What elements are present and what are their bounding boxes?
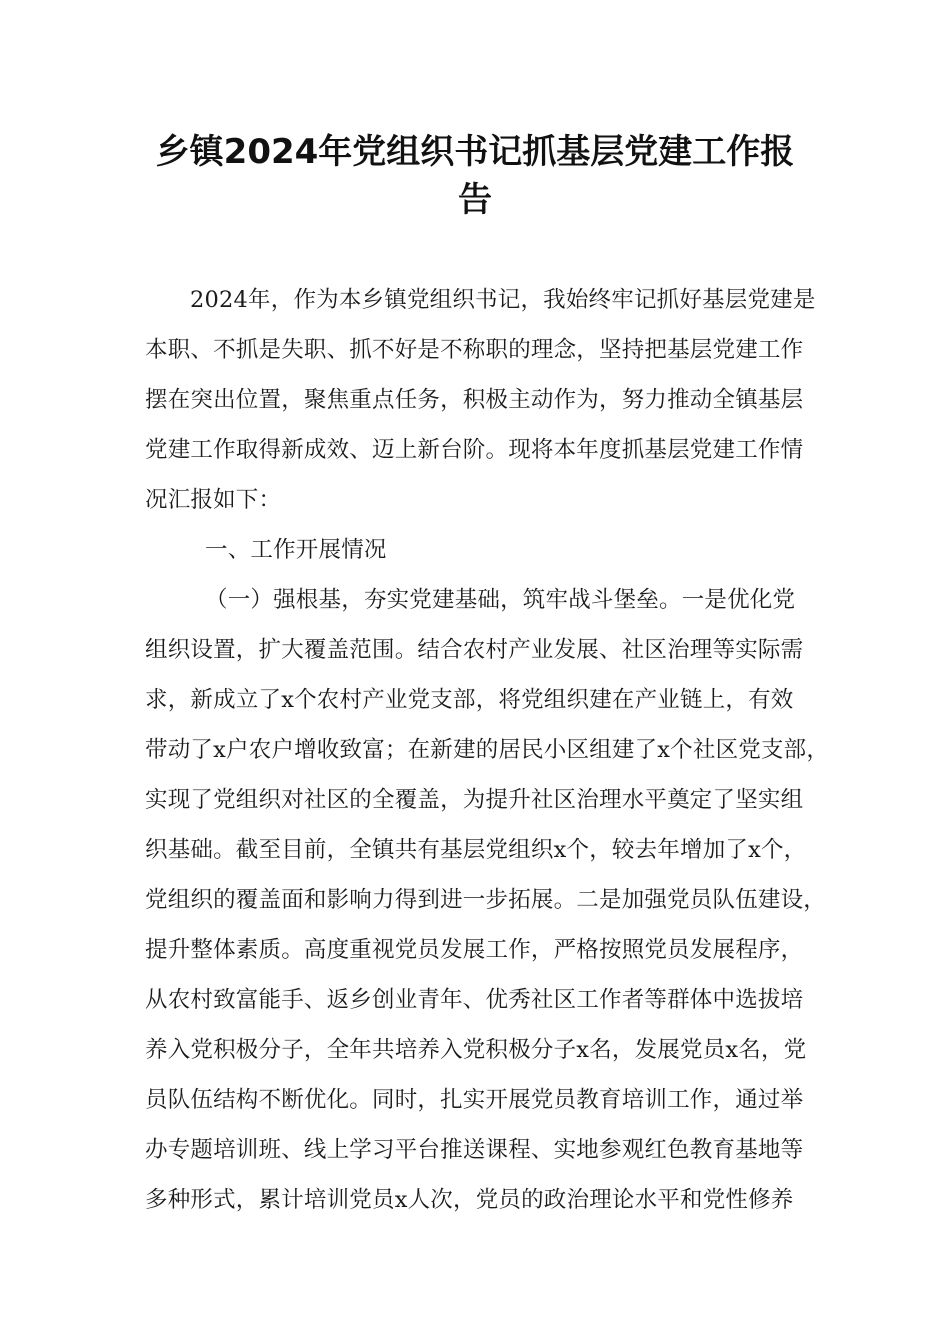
body-text-line: 况汇报如下： xyxy=(145,482,825,532)
body-text-line: 2024年，作为本乡镇党组织书记，我始终牢记抓好基层党建是 xyxy=(145,282,825,332)
document-title: 乡镇2024年党组织书记抓基层党建工作报 告 xyxy=(140,128,810,224)
body-text-line: 养入党积极分子，全年共培养入党积极分子x名，发展党员x名，党 xyxy=(145,1032,825,1082)
title-line-1: 乡镇2024年党组织书记抓基层党建工作报 xyxy=(140,128,810,176)
document-body: 2024年，作为本乡镇党组织书记，我始终牢记抓好基层党建是本职、不抓是失职、抓不… xyxy=(145,282,825,1232)
body-text-line: 党建工作取得新成效、迈上新台阶。现将本年度抓基层党建工作情 xyxy=(145,432,825,482)
body-text-line: 求，新成立了x个农村产业党支部，将党组织建在产业链上，有效 xyxy=(145,682,825,732)
body-text-line: 提升整体素质。高度重视党员发展工作，严格按照党员发展程序， xyxy=(145,932,825,982)
body-text-line: 织基础。截至目前，全镇共有基层党组织x个，较去年增加了x个， xyxy=(145,832,825,882)
body-text-line: 实现了党组织对社区的全覆盖，为提升社区治理水平奠定了坚实组 xyxy=(145,782,825,832)
body-text-line: 带动了x户农户增收致富；在新建的居民小区组建了x个社区党支部， xyxy=(145,732,825,782)
body-text-line: 摆在突出位置，聚焦重点任务，积极主动作为，努力推动全镇基层 xyxy=(145,382,825,432)
subsection-heading-line: （一）强根基，夯实党建基础，筑牢战斗堡垒。一是优化党 xyxy=(145,582,825,632)
title-line-2: 告 xyxy=(140,176,810,224)
body-text-line: 组织设置，扩大覆盖范围。结合农村产业发展、社区治理等实际需 xyxy=(145,632,825,682)
body-text-line: 从农村致富能手、返乡创业青年、优秀社区工作者等群体中选拔培 xyxy=(145,982,825,1032)
body-text-line: 办专题培训班、线上学习平台推送课程、实地参观红色教育基地等 xyxy=(145,1132,825,1182)
body-text-line: 党组织的覆盖面和影响力得到进一步拓展。二是加强党员队伍建设， xyxy=(145,882,825,932)
body-text-line: 多种形式，累计培训党员x人次，党员的政治理论水平和党性修养 xyxy=(145,1182,825,1232)
body-text-line: 本职、不抓是失职、抓不好是不称职的理念，坚持把基层党建工作 xyxy=(145,332,825,382)
body-text-line: 员队伍结构不断优化。同时，扎实开展党员教育培训工作，通过举 xyxy=(145,1082,825,1132)
section-heading: 一、工作开展情况 xyxy=(145,532,825,582)
document-page: 乡镇2024年党组织书记抓基层党建工作报 告 2024年，作为本乡镇党组织书记，… xyxy=(0,0,950,1344)
